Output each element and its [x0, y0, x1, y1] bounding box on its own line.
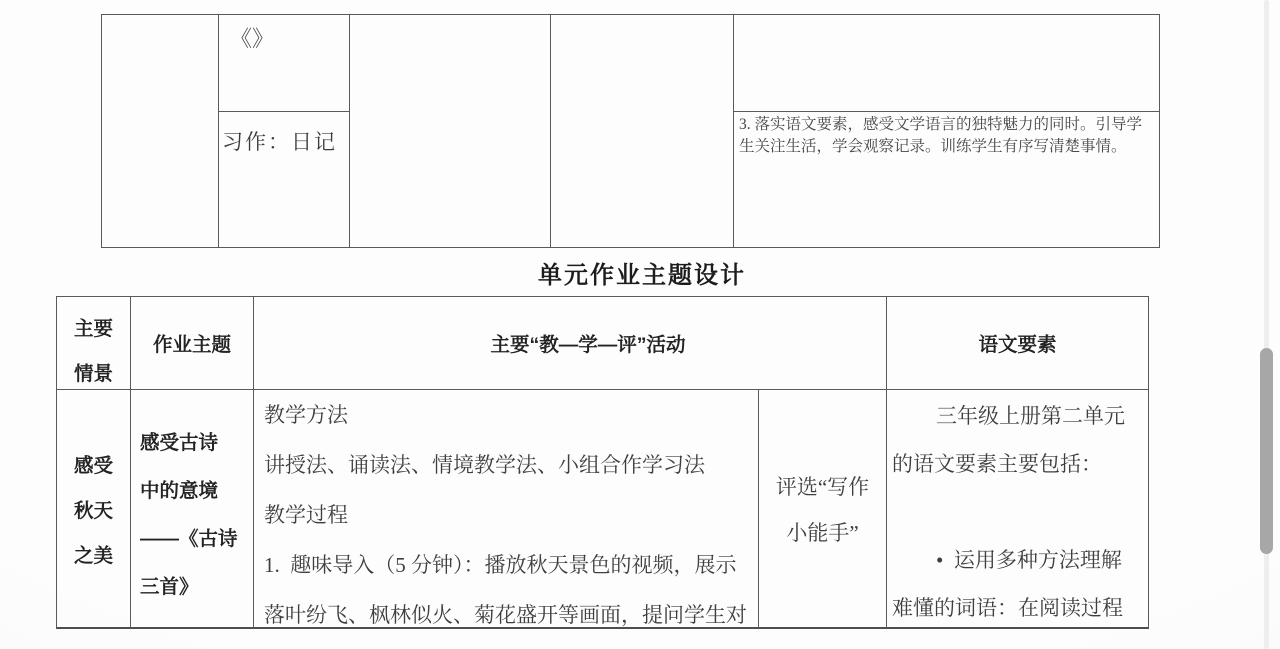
text-line: 之美 [57, 534, 130, 579]
text-line: 1. 趣味导入（5 分钟）：播放秋天景色的视频，展示 [264, 540, 756, 590]
unit-goal-note-cell: 3. 落实语文要素，感受文学语言的独特魅力的同时。引导学 生关注生活，学会观察记… [739, 114, 1155, 157]
header-teach-learn-evaluate-activity: 主要“教—学—评”活动 [254, 297, 886, 389]
header-line: 语文要素 [978, 329, 1056, 357]
header-line: 作业主题 [153, 329, 231, 357]
bullet-text-line: • 运用多种方法理解 [936, 536, 1148, 584]
text-line: 感受古诗 [140, 419, 252, 467]
text-line: 落叶纷飞、枫林似火、菊花盛开等画面，提问学生对 [264, 590, 756, 640]
text-line: 教学方法 [264, 390, 756, 440]
header-line: 主要“教—学—评”活动 [490, 329, 685, 357]
document-page: { "colors": { "border": "#5a5a5a", "text… [0, 0, 1280, 649]
book-title-cell: 《》 [230, 22, 274, 53]
table-border [218, 14, 219, 248]
cell-teaching-activity: 教学方法 讲授法、诵读法、情境教学法、小组合作学习法 教学过程 1. 趣味导入（… [264, 390, 756, 640]
text-line: 感受 [57, 444, 130, 489]
table-border [218, 111, 349, 112]
text-line: 评选“写作 [759, 464, 886, 510]
blank-line [892, 488, 1148, 536]
table-border [101, 14, 1159, 15]
table-border [733, 14, 734, 248]
table-border [1159, 14, 1160, 248]
cell-language-elements-detail: 三年级上册第二单元 的语文要素主要包括： • 运用多种方法理解 难懂的词语：在阅… [892, 390, 1148, 632]
text-line: 难懂的词语：在阅读过程 [892, 584, 1148, 632]
writing-diary-cell: 习作：日记 [222, 126, 337, 156]
text-line: 的语文要素主要包括： [892, 440, 1148, 488]
header-line: 主要 [57, 307, 130, 352]
cell-writing-star-award: 评选“写作 小能手” [759, 390, 886, 556]
table-border [733, 111, 1159, 112]
text-line: 小能手” [759, 510, 886, 556]
note-line: 3. 落实语文要素，感受文学语言的独特魅力的同时。引导学 [739, 114, 1155, 136]
header-homework-theme: 作业主题 [131, 297, 253, 389]
cell-homework-theme-ancient-poems: 感受古诗 中的意境 ——《古诗 三首》 [140, 390, 252, 611]
text-line: 教学过程 [264, 490, 756, 540]
scrollbar-thumb[interactable] [1260, 348, 1273, 554]
section-title: 单元作业主题设计 [492, 255, 792, 290]
text-line: ——《古诗 [140, 515, 252, 563]
table-border [550, 14, 551, 248]
table-border [1148, 296, 1149, 628]
text-line: 中的意境 [140, 467, 252, 515]
table-border [101, 14, 102, 248]
header-main-scene: 主要 情景 [57, 297, 130, 397]
text-line: 讲授法、诵读法、情境教学法、小组合作学习法 [264, 440, 756, 490]
table-border [101, 247, 1159, 248]
cell-scene-autumn-beauty: 感受 秋天 之美 [57, 390, 130, 579]
note-line: 生关注生活，学会观察记录。训练学生有序写清楚事情。 [739, 136, 1155, 158]
text-line: 三年级上册第二单元 [936, 392, 1148, 440]
text-line: 秋天 [57, 489, 130, 534]
table-border [349, 14, 350, 248]
text-line: 三首》 [140, 563, 252, 611]
header-language-elements: 语文要素 [887, 297, 1148, 389]
